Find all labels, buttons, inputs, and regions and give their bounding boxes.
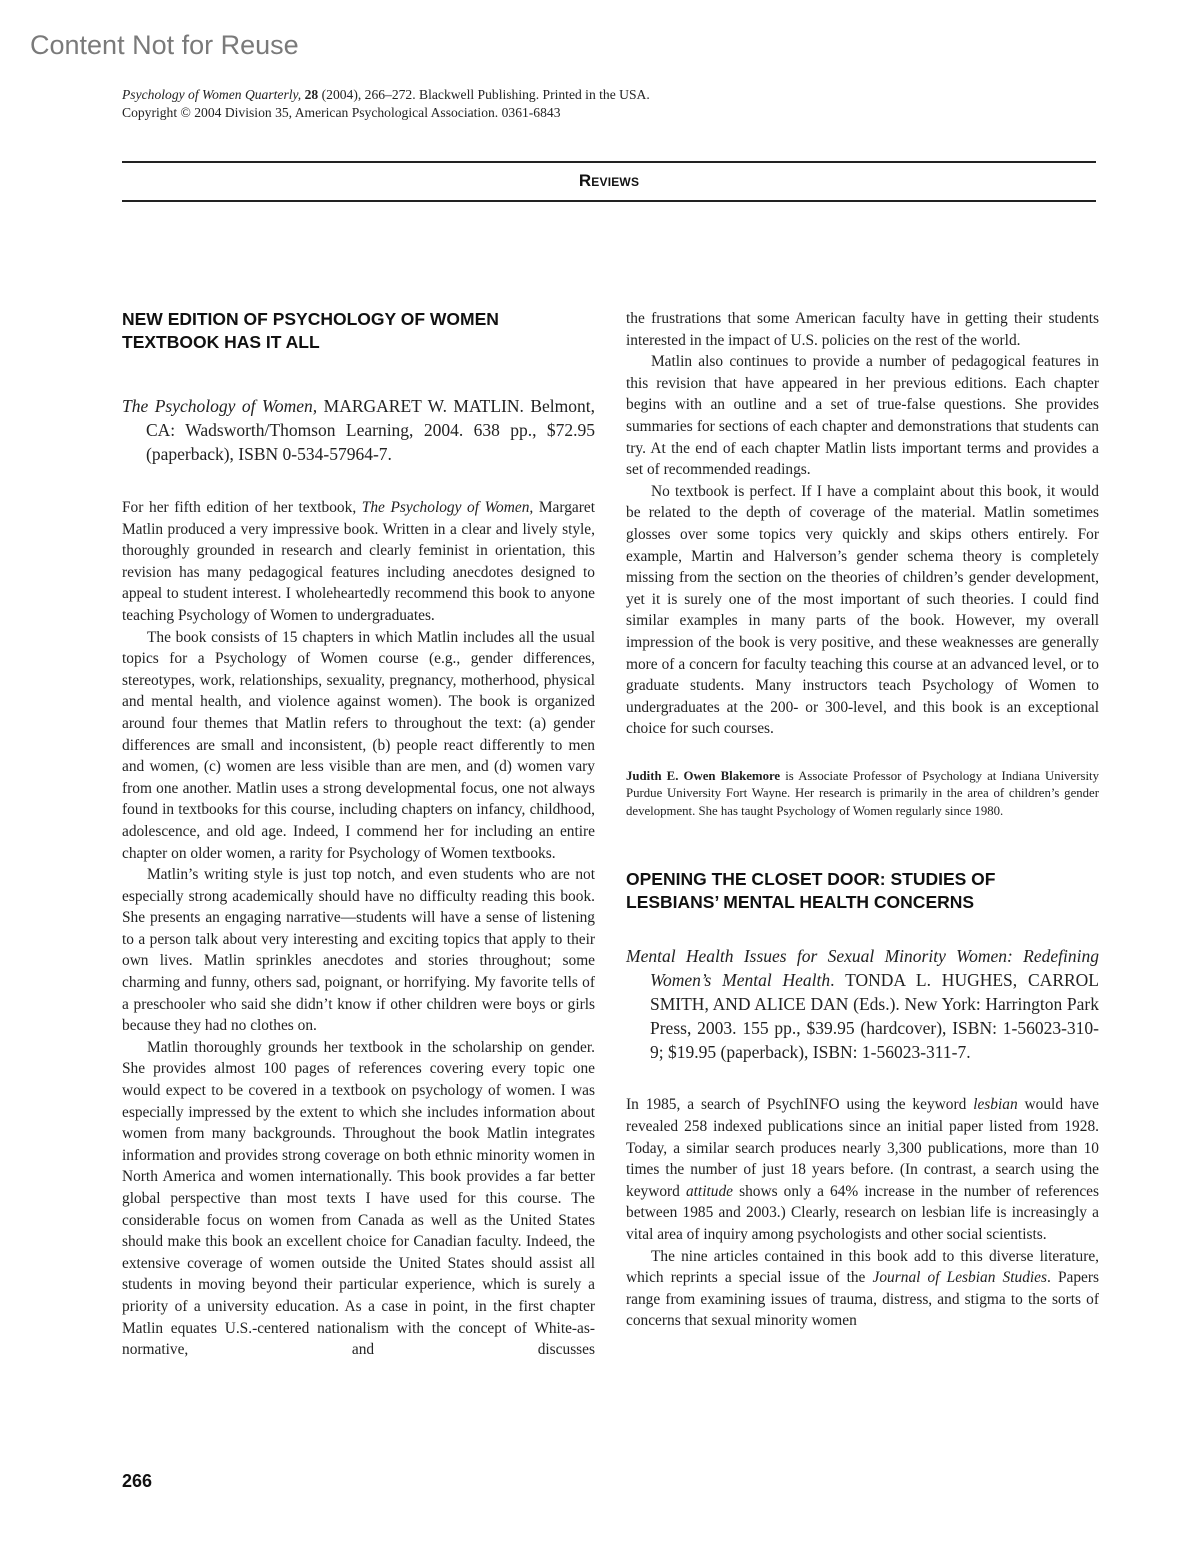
review2-title-line1: OPENING THE CLOSET DOOR: STUDIES OF [626, 869, 995, 889]
review1-paragraph-5: Matlin also continues to provide a numbe… [626, 351, 1099, 481]
review1-title-line1: NEW EDITION OF PSYCHOLOGY OF WOMEN [122, 309, 499, 329]
bottom-rule [122, 200, 1096, 202]
review2-paragraph-1: In 1985, a search of PsychINFO using the… [626, 1094, 1099, 1245]
review1-book-title: The Psychology of Women, [122, 396, 317, 416]
review1-citation: The Psychology of Women, MARGARET W. MAT… [122, 394, 595, 466]
review1-body: For her fifth edition of her textbook, T… [122, 497, 595, 1361]
review1-paragraph-6: No textbook is perfect. If I have a comp… [626, 481, 1099, 740]
left-column: NEW EDITION OF PSYCHOLOGY OF WOMEN TEXTB… [122, 308, 595, 1361]
review1-paragraph-4-continued: the frustrations that some American facu… [626, 308, 1099, 351]
review1-paragraph-3: Matlin’s writing style is just top notch… [122, 864, 595, 1037]
journal-header: Psychology of Women Quarterly, 28 (2004)… [122, 86, 650, 122]
page-number: 266 [122, 1471, 152, 1492]
reviewer-name: Judith E. Owen Blakemore [626, 769, 780, 783]
review1-paragraph-4: Matlin thoroughly grounds her textbook i… [122, 1037, 595, 1361]
reviewer-bio: Judith E. Owen Blakemore is Associate Pr… [626, 768, 1099, 821]
review1-paragraph-2: The book consists of 15 chapters in whic… [122, 627, 595, 865]
review2-citation: Mental Health Issues for Sexual Minority… [626, 944, 1099, 1064]
journal-name: Psychology of Women Quarterly, [122, 87, 301, 102]
review2-body: In 1985, a search of PsychINFO using the… [626, 1094, 1099, 1332]
review2-paragraph-2: The nine articles contained in this book… [626, 1246, 1099, 1332]
section-label: Reviews [122, 171, 1096, 191]
review1-paragraph-1: For her fifth edition of her textbook, T… [122, 497, 595, 627]
copyright-line: Copyright © 2004 Division 35, American P… [122, 104, 650, 122]
journal-volume: 28 [305, 87, 319, 102]
review1-title: NEW EDITION OF PSYCHOLOGY OF WOMEN TEXTB… [122, 308, 595, 354]
top-rule [122, 161, 1096, 163]
review1-body-continued: the frustrations that some American facu… [626, 308, 1099, 740]
watermark: Content Not for Reuse [30, 30, 299, 61]
journal-details: (2004), 266–272. Blackwell Publishing. P… [318, 87, 650, 102]
journal-citation-line: Psychology of Women Quarterly, 28 (2004)… [122, 86, 650, 104]
review2-title: OPENING THE CLOSET DOOR: STUDIES OF LESB… [626, 868, 1099, 914]
review1-title-line2: TEXTBOOK HAS IT ALL [122, 332, 320, 352]
review2-title-line2: LESBIANS’ MENTAL HEALTH CONCERNS [626, 892, 974, 912]
right-column: the frustrations that some American facu… [626, 308, 1099, 1332]
